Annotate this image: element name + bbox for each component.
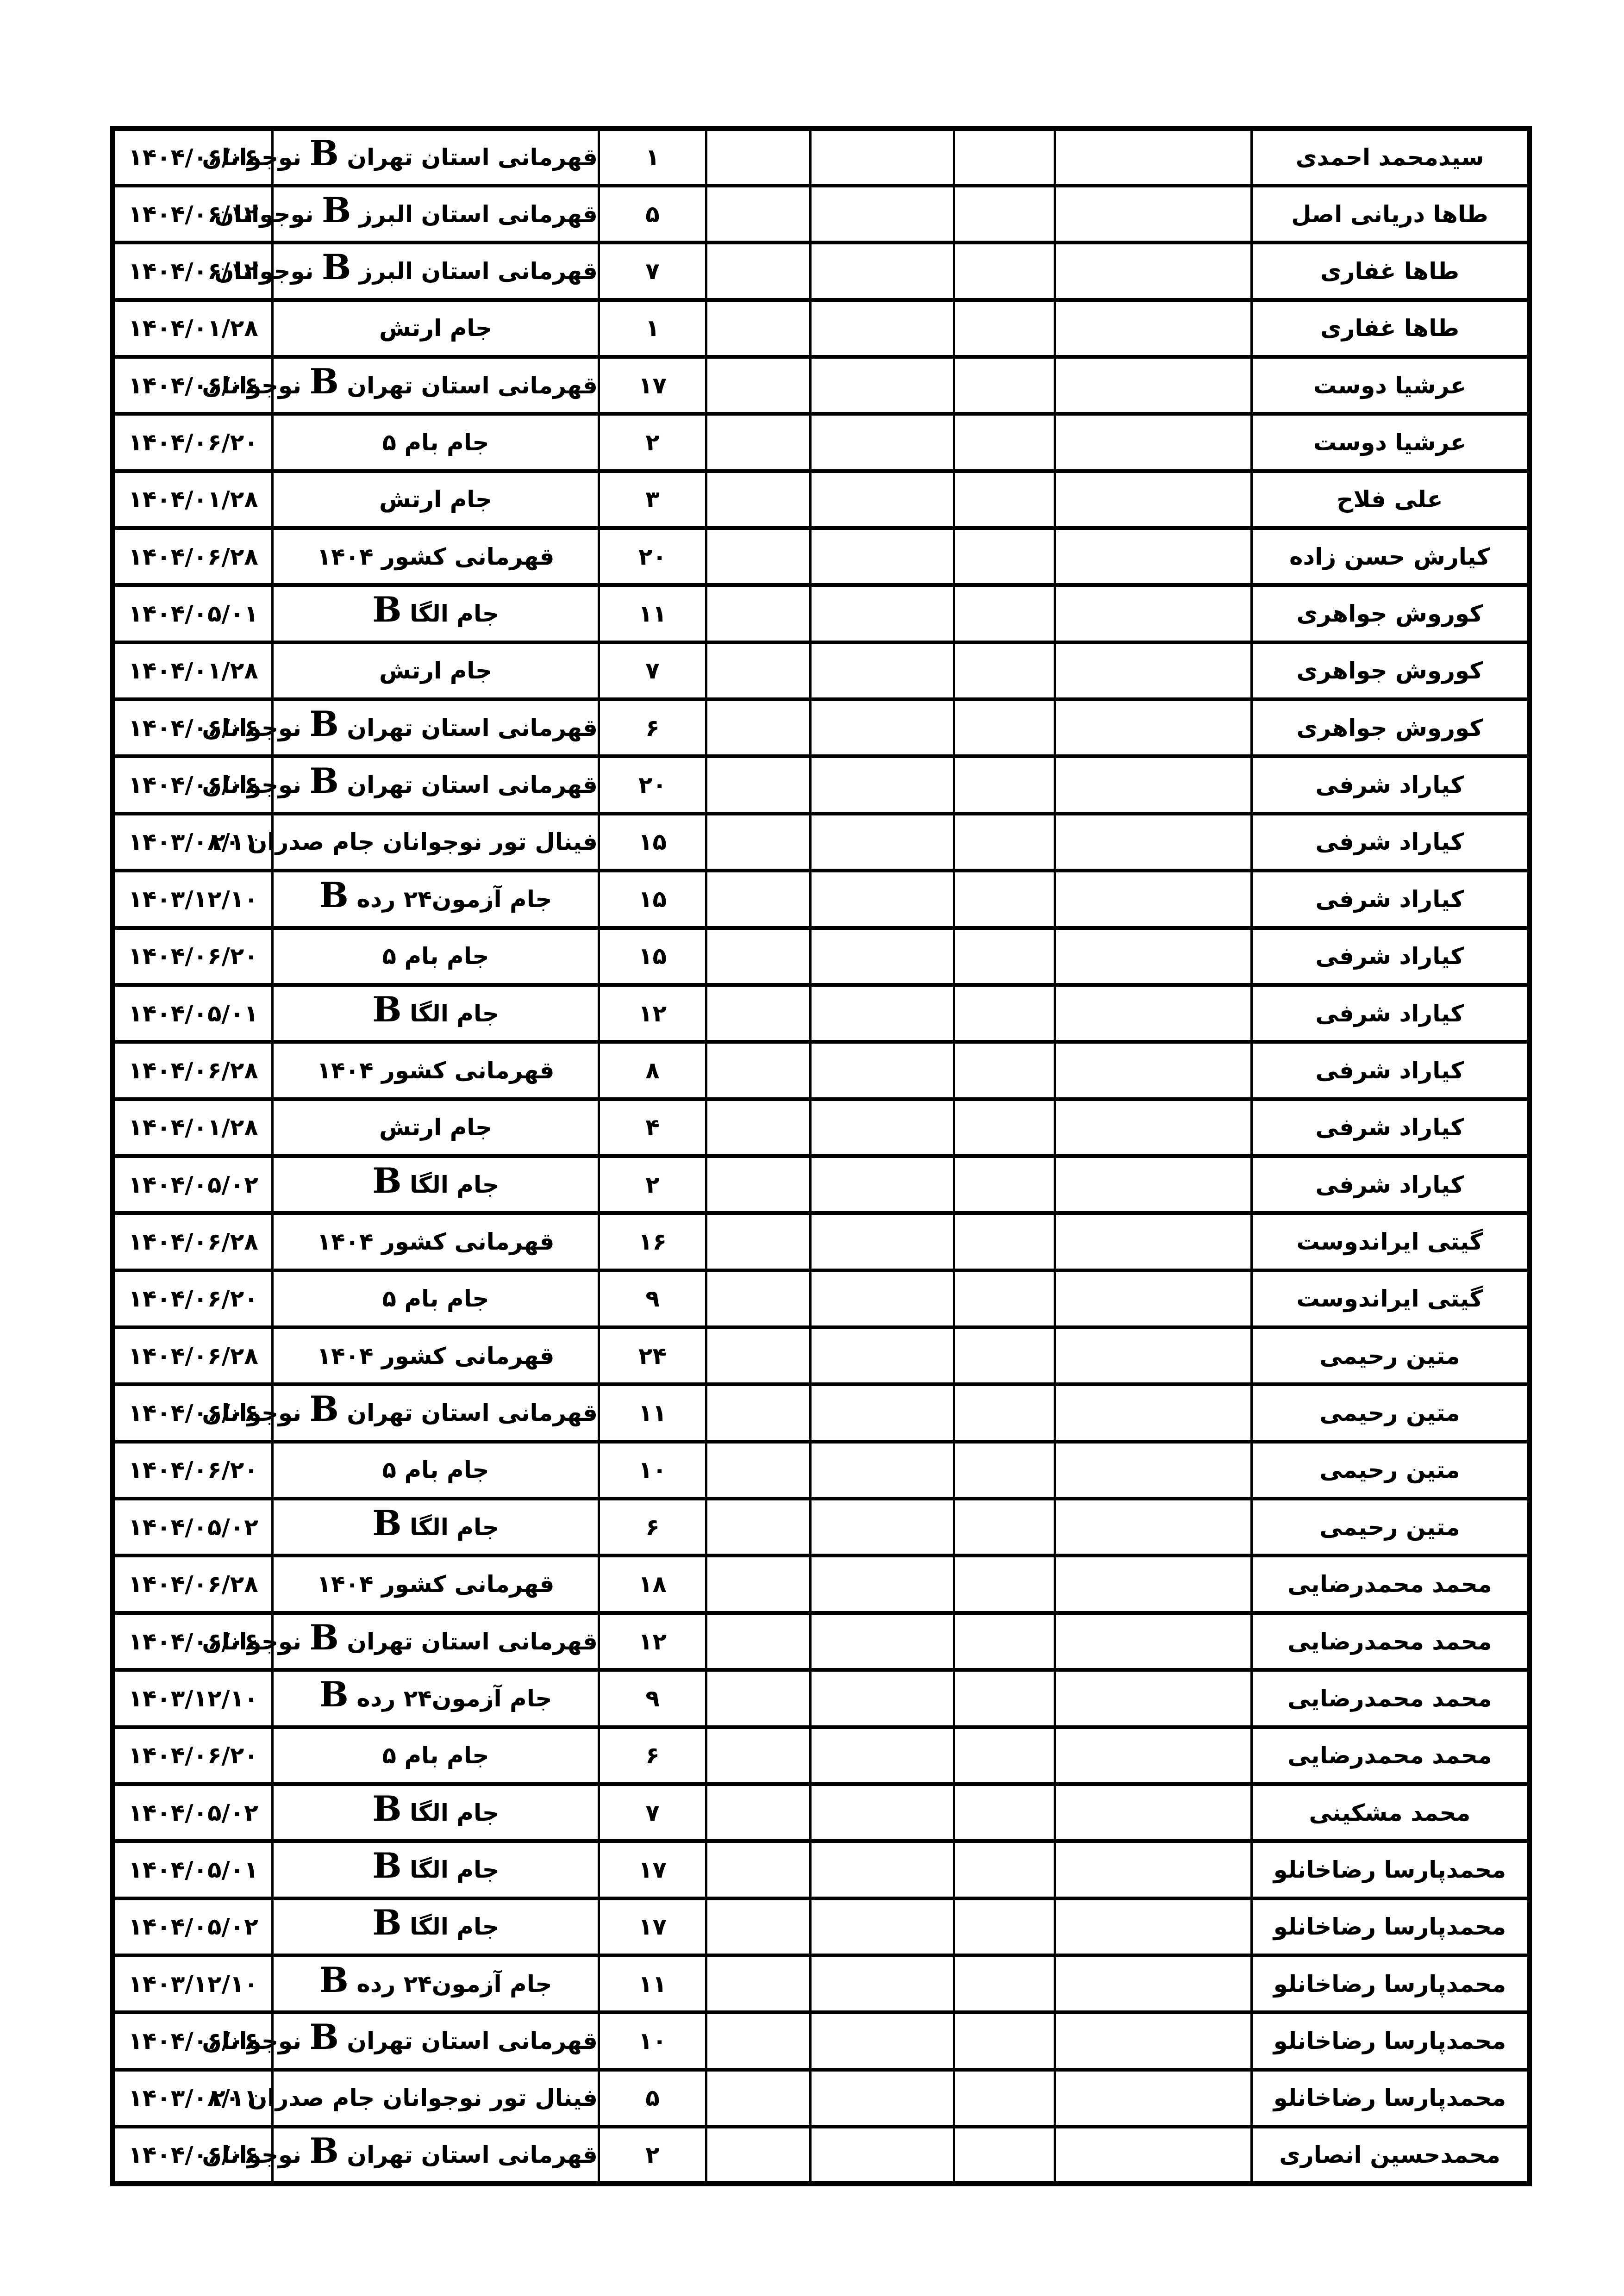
player-name-cell: کیارش حسن زاده (1252, 528, 1530, 585)
empty-cell (1055, 871, 1252, 927)
player-name-cell: کوروش جواهری (1252, 699, 1530, 756)
empty-cell (954, 756, 1055, 813)
event-cell: جام ارتش (273, 300, 599, 357)
table-row: کیاراد شرفی ۲ جام الگا B ۱۴۰۴/۰۵/۰۲ (113, 1156, 1530, 1213)
table-row: متین رحیمی ۶ جام الگا B ۱۴۰۴/۰۵/۰۲ (113, 1499, 1530, 1556)
table-row: محمد محمدرضایی ۱۸ قهرمانی کشور ۱۴۰۴ ۱۴۰۴… (113, 1556, 1530, 1612)
empty-cell (954, 985, 1055, 1042)
date-cell: ۱۴۰۴/۰۶/۱۲ (113, 186, 273, 243)
event-cell: قهرمانی کشور ۱۴۰۴ (273, 528, 599, 585)
empty-cell (811, 1784, 954, 1841)
empty-cell (811, 1384, 954, 1441)
date-cell: ۱۴۰۴/۰۶/۲۸ (113, 1213, 273, 1270)
empty-cell (706, 585, 811, 642)
latin-category-letter: B (319, 1960, 349, 2000)
player-name-cell: کیاراد شرفی (1252, 985, 1530, 1042)
table-row: محمدپارسا رضاخانلو ۱۰ قهرمانی استان تهرا… (113, 2012, 1530, 2069)
player-name-cell: کیاراد شرفی (1252, 756, 1530, 813)
results-table: سیدمحمد احمدی ۱ قهرمانی استان تهران B نو… (110, 126, 1532, 2186)
empty-cell (811, 1442, 954, 1499)
empty-cell (954, 1213, 1055, 1270)
empty-cell (706, 2127, 811, 2184)
date-cell: ۱۴۰۴/۰۵/۰۱ (113, 585, 273, 642)
rank-cell: ۹ (599, 1670, 706, 1727)
rank-cell: ۱۰ (599, 1442, 706, 1499)
date-cell: ۱۴۰۳/۱۲/۱۰ (113, 871, 273, 927)
empty-cell (811, 1499, 954, 1556)
empty-cell (954, 1613, 1055, 1670)
rank-cell: ۹ (599, 1270, 706, 1327)
table-row: محمدپارسا رضاخانلو ۱۱ جام آزمون۲۴ رده B … (113, 1955, 1530, 2012)
event-cell: قهرمانی استان تهران B نوجوانان (273, 1613, 599, 1670)
latin-category-letter: B (372, 989, 401, 1030)
empty-cell (954, 1327, 1055, 1384)
rank-cell: ۱ (599, 129, 706, 186)
rank-cell: ۷ (599, 243, 706, 299)
empty-cell (1055, 1042, 1252, 1099)
empty-cell (954, 1898, 1055, 1955)
table-row: محمدپارسا رضاخانلو ۱۷ جام الگا B ۱۴۰۴/۰۵… (113, 1841, 1530, 1898)
empty-cell (706, 1841, 811, 1898)
rank-cell: ۵ (599, 186, 706, 243)
empty-cell (954, 1727, 1055, 1784)
empty-cell (1055, 699, 1252, 756)
latin-category-letter: B (310, 760, 339, 801)
empty-cell (1055, 243, 1252, 299)
rank-cell: ۷ (599, 1784, 706, 1841)
table-body: سیدمحمد احمدی ۱ قهرمانی استان تهران B نو… (113, 129, 1530, 2184)
empty-cell (811, 2070, 954, 2127)
empty-cell (811, 756, 954, 813)
table-row: محمدپارسا رضاخانلو ۵ فینال تور نوجوانان … (113, 2070, 1530, 2127)
table-row: کیاراد شرفی ۸ قهرمانی کشور ۱۴۰۴ ۱۴۰۴/۰۶/… (113, 1042, 1530, 1099)
empty-cell (954, 1955, 1055, 2012)
empty-cell (954, 528, 1055, 585)
empty-cell (706, 2070, 811, 2127)
event-cell: جام ارتش (273, 642, 599, 699)
table-row: طاها غفاری ۷ قهرمانی استان البرز B نوجوا… (113, 243, 1530, 299)
event-cell: جام آزمون۲۴ رده B (273, 871, 599, 927)
latin-category-letter: B (319, 1674, 349, 1715)
event-cell: جام بام ۵ (273, 928, 599, 985)
empty-cell (811, 1213, 954, 1270)
empty-cell (706, 129, 811, 186)
player-name-cell: عرشیا دوست (1252, 357, 1530, 414)
empty-cell (706, 1213, 811, 1270)
latin-category-letter: B (372, 1788, 401, 1829)
document-page: سیدمحمد احمدی ۱ قهرمانی استان تهران B نو… (0, 0, 1624, 2296)
rank-cell: ۵ (599, 2070, 706, 2127)
empty-cell (954, 928, 1055, 985)
event-cell: قهرمانی استان البرز B نوجوانان (273, 243, 599, 299)
empty-cell (954, 1384, 1055, 1441)
empty-cell (1055, 1898, 1252, 1955)
empty-cell (811, 186, 954, 243)
player-name-cell: محمدپارسا رضاخانلو (1252, 1955, 1530, 2012)
table-row: کوروش جواهری ۶ قهرمانی استان تهران B نوج… (113, 699, 1530, 756)
empty-cell (1055, 585, 1252, 642)
empty-cell (706, 1442, 811, 1499)
empty-cell (954, 1556, 1055, 1612)
event-cell: جام الگا B (273, 985, 599, 1042)
empty-cell (954, 357, 1055, 414)
event-cell: قهرمانی کشور ۱۴۰۴ (273, 1042, 599, 1099)
player-name-cell: طاها غفاری (1252, 300, 1530, 357)
rank-cell: ۱۱ (599, 1384, 706, 1441)
empty-cell (811, 814, 954, 871)
empty-cell (954, 642, 1055, 699)
event-cell: قهرمانی استان تهران B نوجوانان (273, 2127, 599, 2184)
event-cell: جام آزمون۲۴ رده B (273, 1670, 599, 1727)
empty-cell (1055, 1327, 1252, 1384)
table-row: محمدحسین انصاری ۲ قهرمانی استان تهران B … (113, 2127, 1530, 2184)
empty-cell (811, 357, 954, 414)
player-name-cell: گیتی ایراندوست (1252, 1270, 1530, 1327)
player-name-cell: طاها دریانی اصل (1252, 186, 1530, 243)
rank-cell: ۱۰ (599, 2012, 706, 2069)
event-cell: جام الگا B (273, 1898, 599, 1955)
latin-category-letter: B (310, 1617, 339, 1658)
empty-cell (706, 1099, 811, 1156)
event-cell: قهرمانی استان تهران B نوجوانان (273, 699, 599, 756)
empty-cell (954, 2127, 1055, 2184)
event-cell: قهرمانی استان تهران B نوجوانان (273, 1384, 599, 1441)
rank-cell: ۶ (599, 699, 706, 756)
empty-cell (706, 414, 811, 471)
empty-cell (706, 1270, 811, 1327)
player-name-cell: محمدپارسا رضاخانلو (1252, 1841, 1530, 1898)
latin-category-letter: B (322, 190, 351, 230)
empty-cell (811, 1556, 954, 1612)
empty-cell (954, 471, 1055, 528)
table-row: کوروش جواهری ۱۱ جام الگا B ۱۴۰۴/۰۵/۰۱ (113, 585, 1530, 642)
date-cell: ۱۴۰۴/۰۶/۲۸ (113, 528, 273, 585)
empty-cell (706, 1613, 811, 1670)
rank-cell: ۱۵ (599, 928, 706, 985)
empty-cell (1055, 1841, 1252, 1898)
empty-cell (954, 1099, 1055, 1156)
rank-cell: ۱۷ (599, 1898, 706, 1955)
date-cell: ۱۴۰۴/۰۶/۰۶ (113, 2012, 273, 2069)
empty-cell (1055, 1499, 1252, 1556)
empty-cell (1055, 528, 1252, 585)
event-cell: قهرمانی کشور ۱۴۰۴ (273, 1327, 599, 1384)
empty-cell (706, 471, 811, 528)
player-name-cell: محمدپارسا رضاخانلو (1252, 1898, 1530, 1955)
empty-cell (811, 1670, 954, 1727)
event-cell: فینال تور نوجوانان جام صدران ۲۰ (273, 2070, 599, 2127)
empty-cell (706, 1499, 811, 1556)
empty-cell (954, 814, 1055, 871)
latin-category-letter: B (310, 361, 339, 402)
event-cell: قهرمانی کشور ۱۴۰۴ (273, 1213, 599, 1270)
rank-cell: ۱۱ (599, 1955, 706, 2012)
event-cell: جام آزمون۲۴ رده B (273, 1955, 599, 2012)
empty-cell (811, 1270, 954, 1327)
event-cell: قهرمانی استان تهران B نوجوانان (273, 756, 599, 813)
table-row: کیاراد شرفی ۱۲ جام الگا B ۱۴۰۴/۰۵/۰۱ (113, 985, 1530, 1042)
player-name-cell: کیاراد شرفی (1252, 871, 1530, 927)
empty-cell (706, 1784, 811, 1841)
date-cell: ۱۴۰۴/۰۱/۲۸ (113, 1099, 273, 1156)
player-name-cell: علی فلاح (1252, 471, 1530, 528)
latin-category-letter: B (372, 1902, 401, 1943)
empty-cell (811, 1099, 954, 1156)
empty-cell (954, 1270, 1055, 1327)
event-cell: فینال تور نوجوانان جام صدران ۲۰ (273, 814, 599, 871)
table-row: محمد مشکینی ۷ جام الگا B ۱۴۰۴/۰۵/۰۲ (113, 1784, 1530, 1841)
empty-cell (706, 1727, 811, 1784)
table-row: گیتی ایراندوست ۹ جام بام ۵ ۱۴۰۴/۰۶/۲۰ (113, 1270, 1530, 1327)
player-name-cell: کوروش جواهری (1252, 642, 1530, 699)
date-cell: ۱۴۰۴/۰۶/۱۲ (113, 243, 273, 299)
date-cell: ۱۴۰۴/۰۶/۰۶ (113, 129, 273, 186)
player-name-cell: طاها غفاری (1252, 243, 1530, 299)
event-cell: جام الگا B (273, 1499, 599, 1556)
player-name-cell: کیاراد شرفی (1252, 1156, 1530, 1213)
empty-cell (954, 699, 1055, 756)
table-row: کیاراد شرفی ۴ جام ارتش ۱۴۰۴/۰۱/۲۸ (113, 1099, 1530, 1156)
empty-cell (1055, 642, 1252, 699)
empty-cell (811, 1327, 954, 1384)
date-cell: ۱۴۰۴/۰۵/۰۲ (113, 1499, 273, 1556)
date-cell: ۱۴۰۴/۰۶/۰۶ (113, 2127, 273, 2184)
date-cell: ۱۴۰۴/۰۶/۰۶ (113, 1613, 273, 1670)
event-cell: قهرمانی استان تهران B نوجوانان (273, 357, 599, 414)
rank-cell: ۶ (599, 1727, 706, 1784)
empty-cell (954, 585, 1055, 642)
rank-cell: ۲ (599, 2127, 706, 2184)
player-name-cell: محمدحسین انصاری (1252, 2127, 1530, 2184)
rank-cell: ۱۷ (599, 1841, 706, 1898)
empty-cell (706, 985, 811, 1042)
table-row: محمد محمدرضایی ۶ جام بام ۵ ۱۴۰۴/۰۶/۲۰ (113, 1727, 1530, 1784)
latin-category-letter: B (310, 2016, 339, 2057)
rank-cell: ۱۶ (599, 1213, 706, 1270)
empty-cell (954, 1499, 1055, 1556)
empty-cell (811, 1613, 954, 1670)
empty-cell (811, 2127, 954, 2184)
empty-cell (954, 1784, 1055, 1841)
empty-cell (1055, 1556, 1252, 1612)
date-cell: ۱۴۰۴/۰۱/۲۸ (113, 471, 273, 528)
table-row: سیدمحمد احمدی ۱ قهرمانی استان تهران B نو… (113, 129, 1530, 186)
empty-cell (706, 186, 811, 243)
empty-cell (1055, 2070, 1252, 2127)
empty-cell (706, 1556, 811, 1612)
empty-cell (1055, 471, 1252, 528)
empty-cell (954, 871, 1055, 927)
table-row: کیاراد شرفی ۱۵ فینال تور نوجوانان جام صد… (113, 814, 1530, 871)
player-name-cell: کیاراد شرفی (1252, 928, 1530, 985)
empty-cell (1055, 1670, 1252, 1727)
table-row: کوروش جواهری ۷ جام ارتش ۱۴۰۴/۰۱/۲۸ (113, 642, 1530, 699)
empty-cell (1055, 1213, 1252, 1270)
empty-cell (706, 1670, 811, 1727)
empty-cell (954, 1042, 1055, 1099)
empty-cell (811, 1898, 954, 1955)
latin-category-letter: B (372, 1845, 401, 1886)
empty-cell (954, 1156, 1055, 1213)
event-cell: قهرمانی استان البرز B نوجوانان (273, 186, 599, 243)
player-name-cell: کیاراد شرفی (1252, 1042, 1530, 1099)
empty-cell (706, 1384, 811, 1441)
player-name-cell: متین رحیمی (1252, 1442, 1530, 1499)
empty-cell (811, 1727, 954, 1784)
player-name-cell: متین رحیمی (1252, 1327, 1530, 1384)
empty-cell (811, 985, 954, 1042)
date-cell: ۱۴۰۴/۰۶/۲۰ (113, 1270, 273, 1327)
empty-cell (954, 186, 1055, 243)
empty-cell (706, 1156, 811, 1213)
rank-cell: ۲ (599, 1156, 706, 1213)
empty-cell (811, 1955, 954, 2012)
empty-cell (811, 243, 954, 299)
event-cell: جام ارتش (273, 471, 599, 528)
table-row: گیتی ایراندوست ۱۶ قهرمانی کشور ۱۴۰۴ ۱۴۰۴… (113, 1213, 1530, 1270)
table-row: متین رحیمی ۱۰ جام بام ۵ ۱۴۰۴/۰۶/۲۰ (113, 1442, 1530, 1499)
empty-cell (954, 414, 1055, 471)
empty-cell (1055, 1784, 1252, 1841)
empty-cell (811, 1042, 954, 1099)
event-cell: جام بام ۵ (273, 414, 599, 471)
empty-cell (1055, 129, 1252, 186)
date-cell: ۱۴۰۳/۱۲/۱۰ (113, 1955, 273, 2012)
empty-cell (706, 357, 811, 414)
date-cell: ۱۴۰۳/۰۸/۱۱ (113, 814, 273, 871)
player-name-cell: سیدمحمد احمدی (1252, 129, 1530, 186)
empty-cell (811, 300, 954, 357)
empty-cell (954, 300, 1055, 357)
player-name-cell: گیتی ایراندوست (1252, 1213, 1530, 1270)
table-row: محمد محمدرضایی ۱۲ قهرمانی استان تهران B … (113, 1613, 1530, 1670)
table-row: متین رحیمی ۲۴ قهرمانی کشور ۱۴۰۴ ۱۴۰۴/۰۶/… (113, 1327, 1530, 1384)
empty-cell (1055, 300, 1252, 357)
empty-cell (1055, 928, 1252, 985)
date-cell: ۱۴۰۴/۰۱/۲۸ (113, 300, 273, 357)
latin-category-letter: B (310, 703, 339, 744)
latin-category-letter: B (372, 1160, 401, 1201)
latin-category-letter: B (372, 589, 401, 630)
event-cell: جام بام ۵ (273, 1442, 599, 1499)
empty-cell (954, 1670, 1055, 1727)
date-cell: ۱۴۰۳/۰۸/۱۱ (113, 2070, 273, 2127)
empty-cell (1055, 2012, 1252, 2069)
empty-cell (1055, 1442, 1252, 1499)
empty-cell (954, 1442, 1055, 1499)
player-name-cell: متین رحیمی (1252, 1499, 1530, 1556)
empty-cell (1055, 756, 1252, 813)
empty-cell (811, 1841, 954, 1898)
latin-category-letter: B (322, 247, 351, 287)
date-cell: ۱۴۰۴/۰۵/۰۲ (113, 1784, 273, 1841)
rank-cell: ۱ (599, 300, 706, 357)
date-cell: ۱۴۰۴/۰۶/۲۰ (113, 928, 273, 985)
empty-cell (811, 871, 954, 927)
empty-cell (706, 300, 811, 357)
player-name-cell: کیاراد شرفی (1252, 814, 1530, 871)
empty-cell (1055, 1156, 1252, 1213)
empty-cell (706, 871, 811, 927)
empty-cell (811, 528, 954, 585)
empty-cell (706, 1898, 811, 1955)
rank-cell: ۱۲ (599, 1613, 706, 1670)
date-cell: ۱۴۰۴/۰۶/۲۸ (113, 1556, 273, 1612)
empty-cell (1055, 1270, 1252, 1327)
rank-cell: ۱۵ (599, 814, 706, 871)
latin-category-letter: B (310, 1388, 339, 1429)
empty-cell (706, 756, 811, 813)
empty-cell (1055, 1099, 1252, 1156)
rank-cell: ۱۲ (599, 985, 706, 1042)
empty-cell (811, 471, 954, 528)
event-cell: جام بام ۵ (273, 1727, 599, 1784)
player-name-cell: کیاراد شرفی (1252, 1099, 1530, 1156)
table-row: کیارش حسن زاده ۲۰ قهرمانی کشور ۱۴۰۴ ۱۴۰۴… (113, 528, 1530, 585)
empty-cell (811, 2012, 954, 2069)
empty-cell (954, 2012, 1055, 2069)
rank-cell: ۷ (599, 642, 706, 699)
table-row: عرشیا دوست ۲ جام بام ۵ ۱۴۰۴/۰۶/۲۰ (113, 414, 1530, 471)
table-row: محمد محمدرضایی ۹ جام آزمون۲۴ رده B ۱۴۰۳/… (113, 1670, 1530, 1727)
empty-cell (1055, 1955, 1252, 2012)
empty-cell (811, 928, 954, 985)
date-cell: ۱۴۰۴/۰۵/۰۲ (113, 1898, 273, 1955)
empty-cell (706, 1327, 811, 1384)
empty-cell (811, 414, 954, 471)
empty-cell (1055, 357, 1252, 414)
date-cell: ۱۴۰۴/۰۶/۲۰ (113, 414, 273, 471)
table-row: علی فلاح ۳ جام ارتش ۱۴۰۴/۰۱/۲۸ (113, 471, 1530, 528)
date-cell: ۱۴۰۴/۰۶/۲۰ (113, 1727, 273, 1784)
player-name-cell: محمد مشکینی (1252, 1784, 1530, 1841)
date-cell: ۱۴۰۴/۰۶/۲۰ (113, 1442, 273, 1499)
empty-cell (1055, 1384, 1252, 1441)
empty-cell (706, 243, 811, 299)
empty-cell (706, 528, 811, 585)
rank-cell: ۱۷ (599, 357, 706, 414)
table-row: محمدپارسا رضاخانلو ۱۷ جام الگا B ۱۴۰۴/۰۵… (113, 1898, 1530, 1955)
empty-cell (1055, 414, 1252, 471)
empty-cell (706, 2012, 811, 2069)
empty-cell (1055, 985, 1252, 1042)
empty-cell (1055, 1613, 1252, 1670)
empty-cell (954, 129, 1055, 186)
empty-cell (1055, 814, 1252, 871)
rank-cell: ۱۸ (599, 1556, 706, 1612)
table-row: طاها دریانی اصل ۵ قهرمانی استان البرز B … (113, 186, 1530, 243)
empty-cell (1055, 186, 1252, 243)
latin-category-letter: B (372, 1503, 401, 1543)
date-cell: ۱۴۰۴/۰۶/۰۶ (113, 699, 273, 756)
player-name-cell: کوروش جواهری (1252, 585, 1530, 642)
table-row: کیاراد شرفی ۱۵ جام بام ۵ ۱۴۰۴/۰۶/۲۰ (113, 928, 1530, 985)
table-row: عرشیا دوست ۱۷ قهرمانی استان تهران B نوجو… (113, 357, 1530, 414)
rank-cell: ۲۰ (599, 528, 706, 585)
player-name-cell: محمد محمدرضایی (1252, 1727, 1530, 1784)
empty-cell (954, 1841, 1055, 1898)
empty-cell (811, 1156, 954, 1213)
event-cell: جام الگا B (273, 1784, 599, 1841)
latin-category-letter: B (310, 133, 339, 174)
event-cell: جام الگا B (273, 585, 599, 642)
date-cell: ۱۴۰۴/۰۵/۰۱ (113, 1841, 273, 1898)
date-cell: ۱۴۰۴/۰۶/۰۶ (113, 1384, 273, 1441)
empty-cell (1055, 1727, 1252, 1784)
empty-cell (706, 814, 811, 871)
event-cell: جام ارتش (273, 1099, 599, 1156)
event-cell: جام بام ۵ (273, 1270, 599, 1327)
